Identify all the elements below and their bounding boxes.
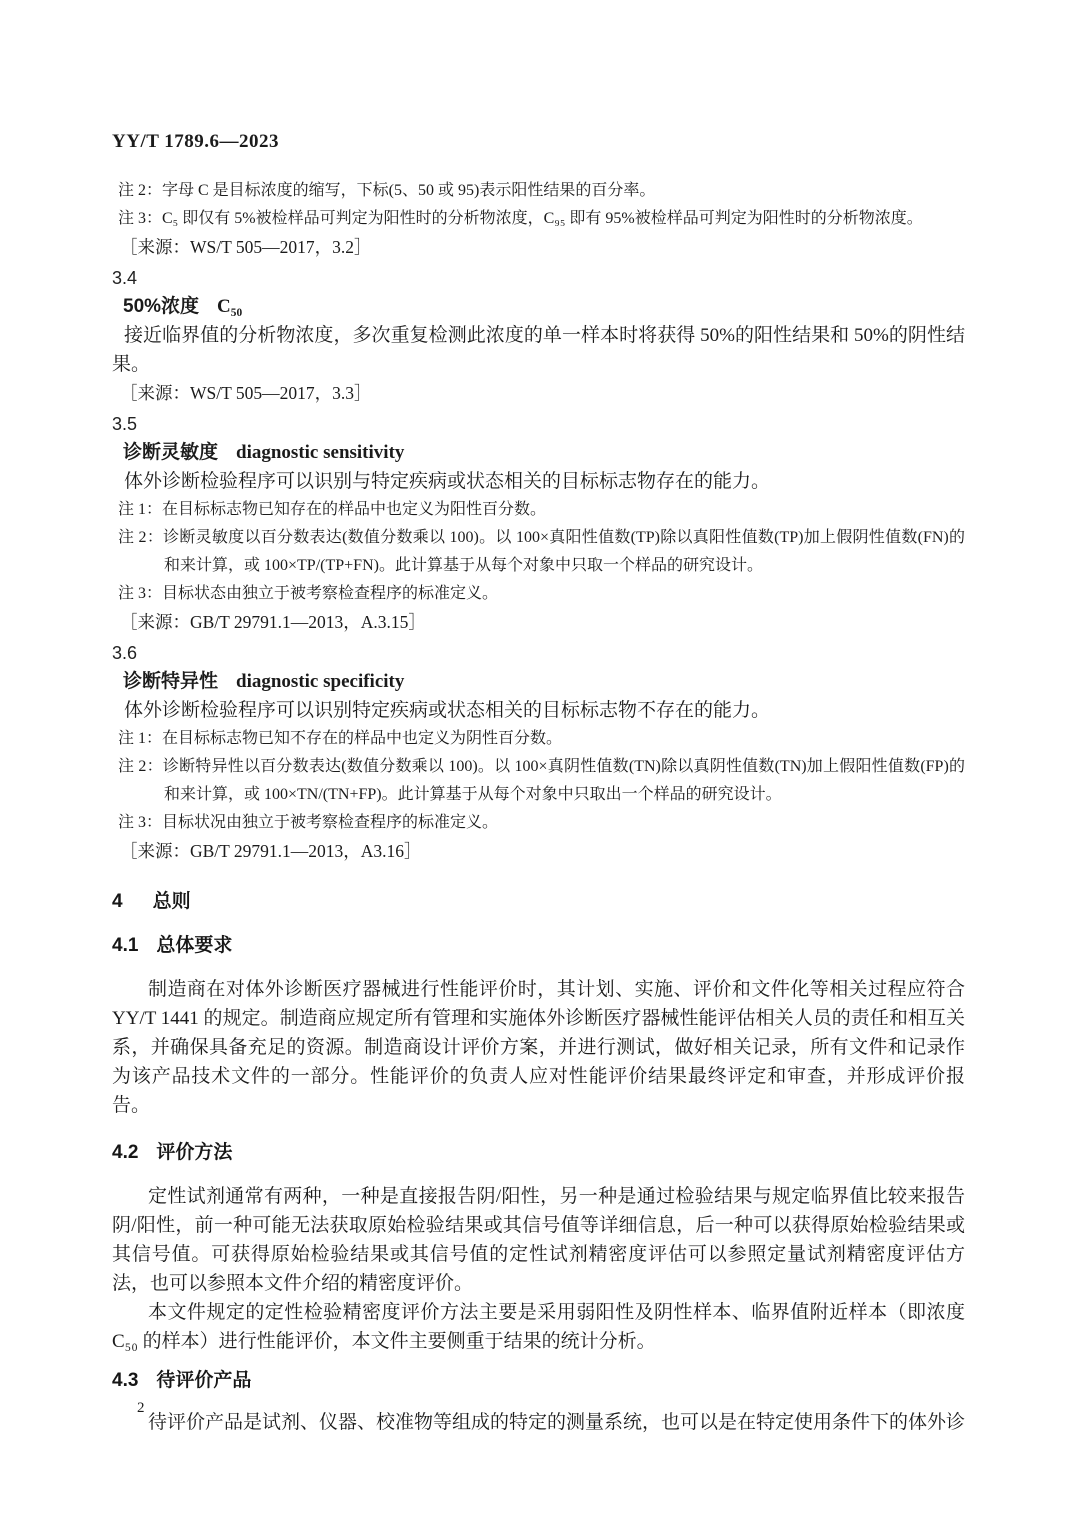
note-line: 注 3：目标状况由独立于被考察检查程序的标准定义。 bbox=[118, 809, 965, 837]
term-english: diagnostic specificity bbox=[236, 671, 404, 692]
standard-number-header: YY/T 1789.6—2023 bbox=[112, 131, 965, 153]
term-english: diagnostic sensitivity bbox=[236, 442, 404, 463]
subclause-title: 评价方法 bbox=[156, 1142, 232, 1163]
subclause-number: 4.1 bbox=[112, 935, 138, 956]
term-chinese: 诊断特异性 bbox=[123, 671, 218, 692]
term-entry: 诊断灵敏度diagnostic sensitivity bbox=[123, 439, 965, 467]
term-chinese: 50%浓度 bbox=[123, 296, 199, 317]
term-chinese: 诊断灵敏度 bbox=[123, 442, 218, 463]
source-reference: ［来源：WS/T 505—2017，3.3］ bbox=[120, 379, 965, 407]
note-line: 注 3：C₅ 即仅有 5%被检样品可判定为阳性时的分析物浓度，C₉₅ 即有 95… bbox=[118, 205, 965, 233]
content-area: YY/T 1789.6—2023 注 2：字母 C 是目标浓度的缩写，下标(5、… bbox=[112, 131, 965, 1437]
clause-number-3-4: 3.4 bbox=[112, 265, 965, 291]
page-number: 2 bbox=[137, 1398, 145, 1418]
term-entry: 50%浓度C₅₀ bbox=[123, 293, 965, 321]
subclause-title: 总体要求 bbox=[156, 935, 232, 956]
note-line: 注 2：诊断灵敏度以百分数表达(数值分数乘以 100)。以 100×真阳性值数(… bbox=[118, 524, 965, 580]
body-paragraph: 定性试剂通常有两种，一种是直接报告阴/阳性，另一种是通过检验结果与规定临界值比较… bbox=[112, 1182, 965, 1298]
term-definition: 体外诊断检验程序可以识别特定疾病或状态相关的目标标志物不存在的能力。 bbox=[112, 696, 965, 725]
note-line: 注 2：诊断特异性以百分数表达(数值分数乘以 100)。以 100×真阴性值数(… bbox=[118, 753, 965, 809]
term-entry: 诊断特异性diagnostic specificity bbox=[123, 668, 965, 696]
subclause-number: 4.3 bbox=[112, 1370, 138, 1391]
subclause-title: 待评价产品 bbox=[156, 1370, 251, 1391]
note-line: 注 2：字母 C 是目标浓度的缩写，下标(5、50 或 95)表示阳性结果的百分… bbox=[118, 177, 965, 205]
subclause-4-2-heading: 4.2评价方法 bbox=[112, 1140, 965, 1166]
body-paragraph: 本文件规定的定性检验精密度评价方法主要是采用弱阳性及阴性样本、临界值附近样本（即… bbox=[112, 1298, 965, 1356]
source-reference: ［来源：GB/T 29791.1—2013，A.3.15］ bbox=[120, 608, 965, 636]
clause-number-3-6: 3.6 bbox=[112, 640, 965, 666]
source-reference: ［来源：GB/T 29791.1—2013，A3.16］ bbox=[120, 837, 965, 865]
clause-number-3-5: 3.5 bbox=[112, 411, 965, 437]
note-line: 注 1：在目标标志物已知不存在的样品中也定义为阴性百分数。 bbox=[118, 725, 965, 753]
clause-4-heading: 4总则 bbox=[112, 889, 965, 915]
clause-title: 总则 bbox=[153, 891, 191, 912]
body-paragraph: 待评价产品是试剂、仪器、校准物等组成的特定的测量系统，也可以是在特定使用条件下的… bbox=[112, 1408, 965, 1437]
standard-document-page: YY/T 1789.6—2023 注 2：字母 C 是目标浓度的缩写，下标(5、… bbox=[0, 0, 1080, 1527]
term-symbol: C₅₀ bbox=[217, 296, 242, 317]
subclause-4-3-heading: 4.3待评价产品 bbox=[112, 1368, 965, 1394]
note-line: 注 1：在目标标志物已知存在的样品中也定义为阳性百分数。 bbox=[118, 496, 965, 524]
subclause-number: 4.2 bbox=[112, 1142, 138, 1163]
note-line: 注 3：目标状态由独立于被考察检查程序的标准定义。 bbox=[118, 580, 965, 608]
subclause-4-1-heading: 4.1总体要求 bbox=[112, 933, 965, 959]
body-paragraph: 制造商在对体外诊断医疗器械进行性能评价时，其计划、实施、评价和文件化等相关过程应… bbox=[112, 975, 965, 1120]
term-definition: 体外诊断检验程序可以识别与特定疾病或状态相关的目标标志物存在的能力。 bbox=[112, 467, 965, 496]
clause-number: 4 bbox=[112, 891, 123, 912]
term-definition: 接近临界值的分析物浓度，多次重复检测此浓度的单一样本时将获得 50%的阳性结果和… bbox=[112, 321, 965, 379]
source-reference: ［来源：WS/T 505—2017，3.2］ bbox=[120, 233, 965, 261]
